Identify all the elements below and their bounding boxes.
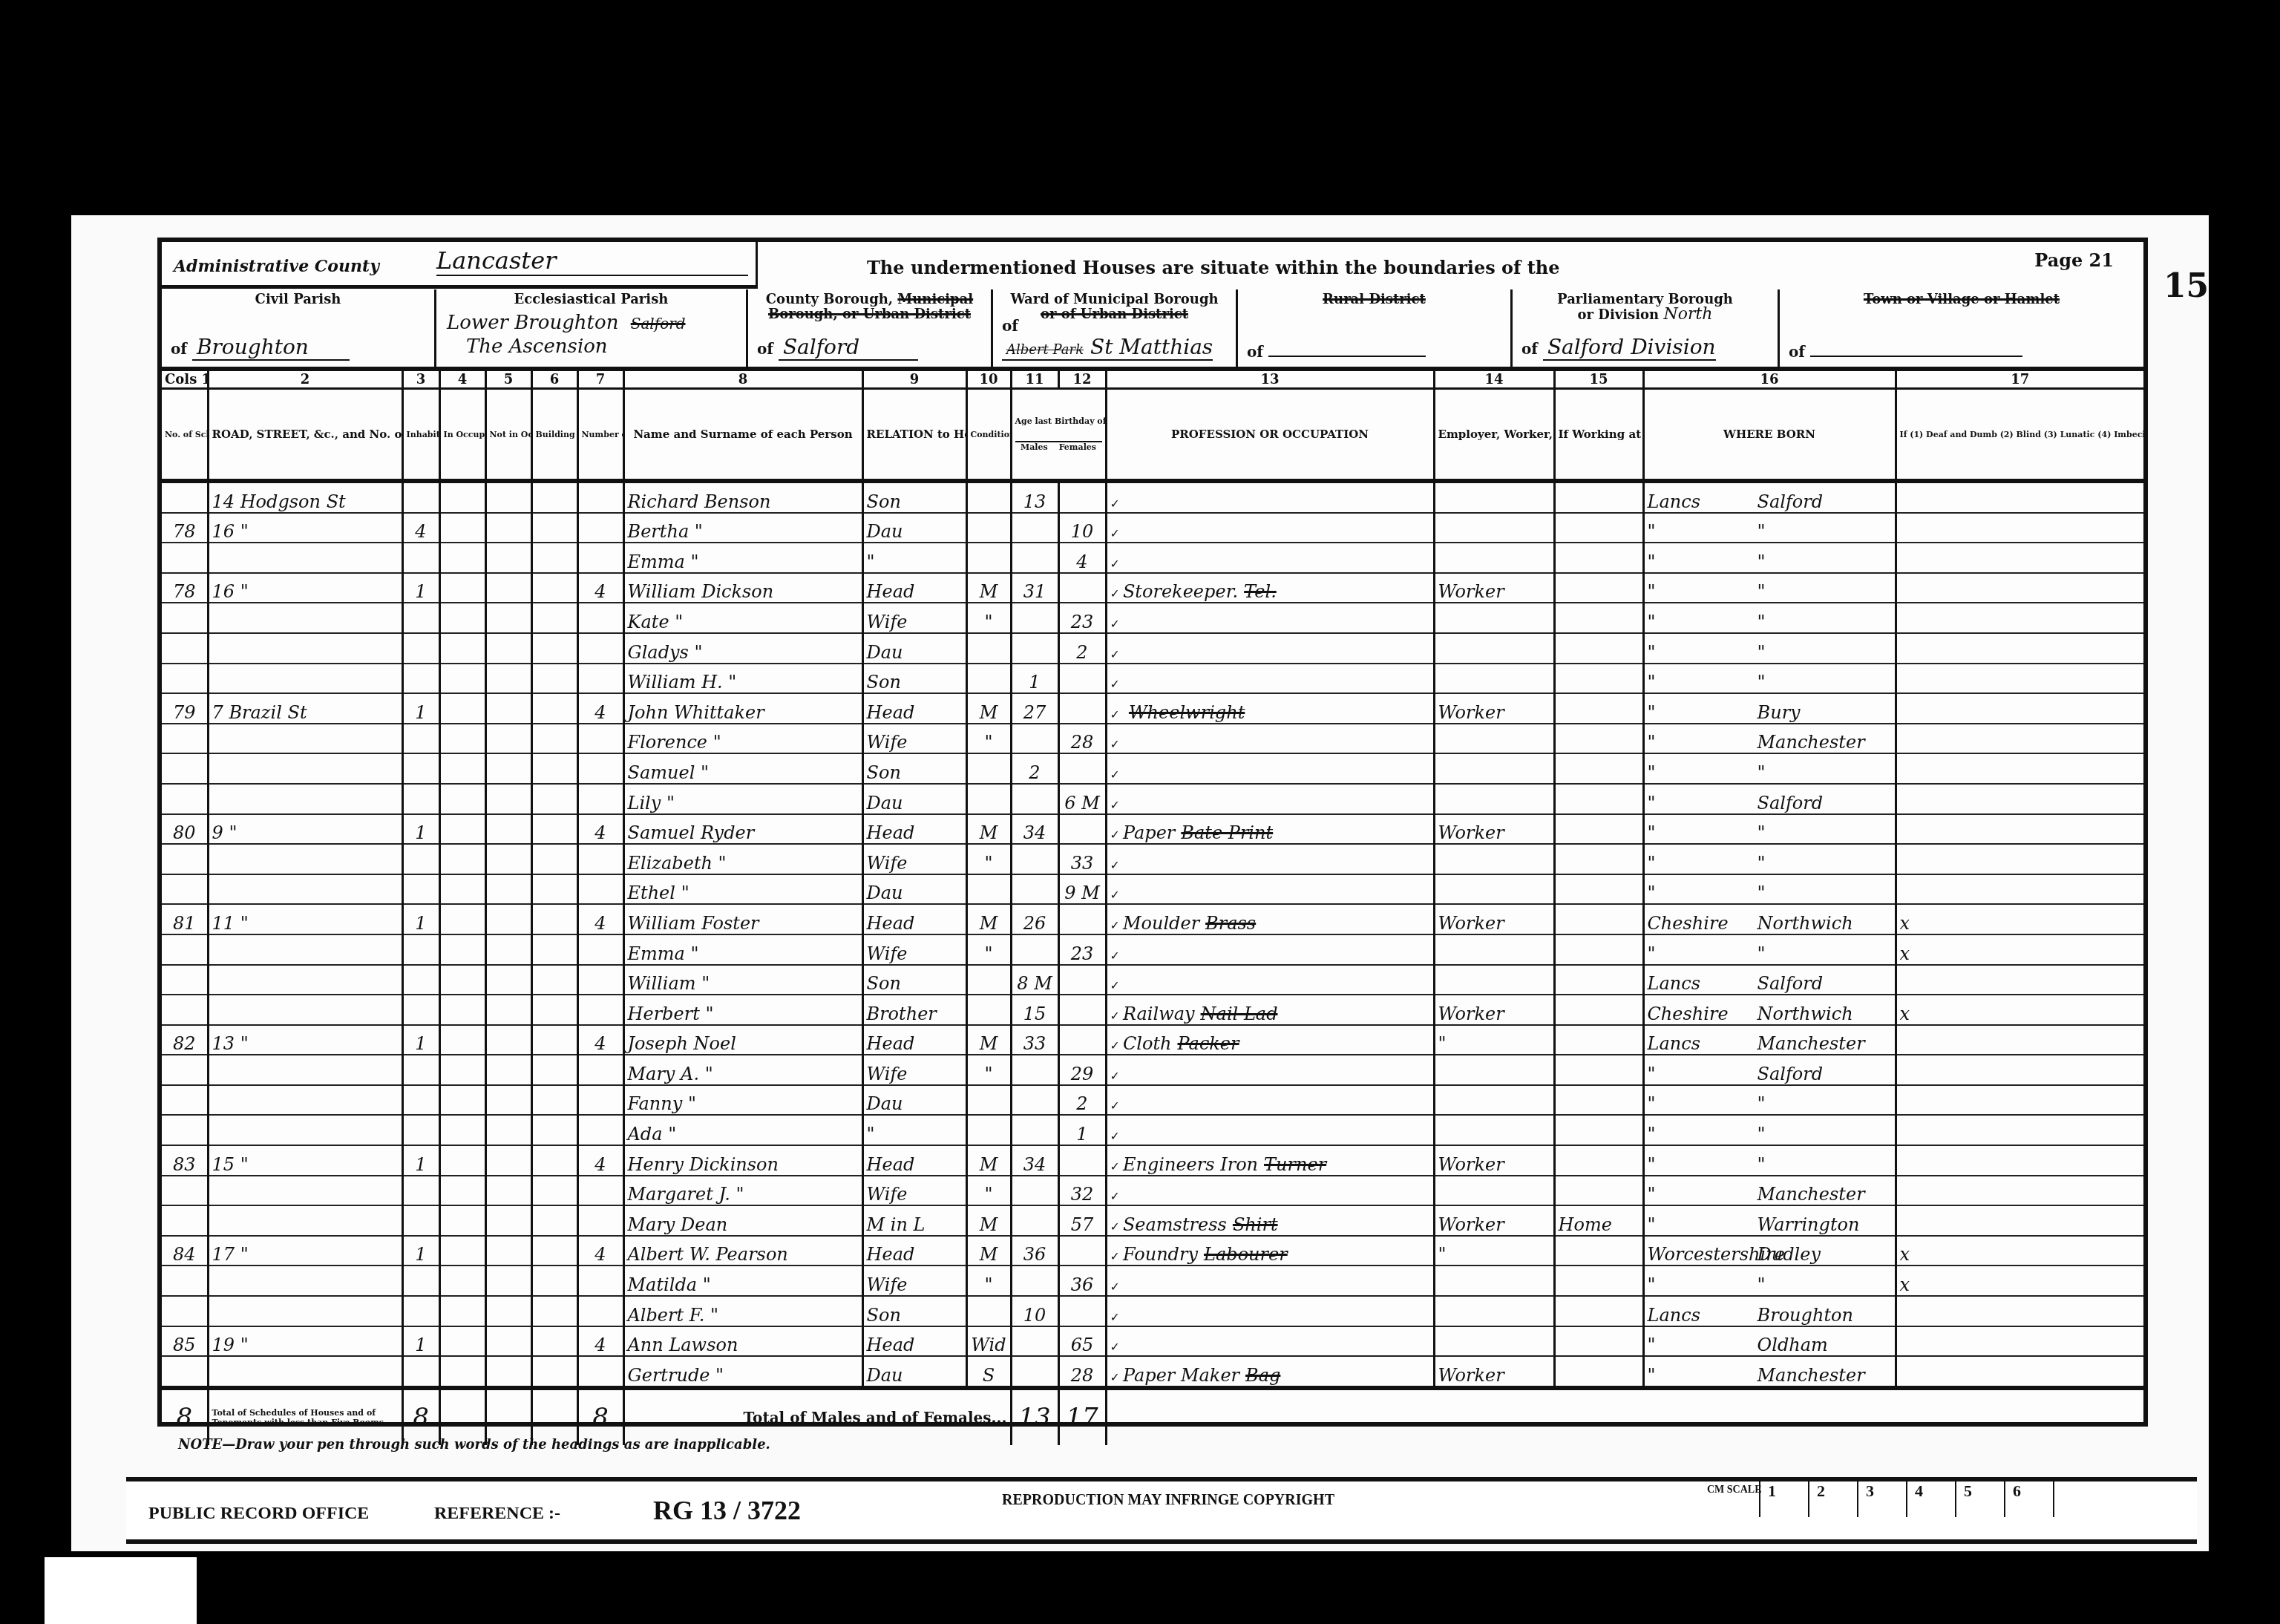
struck-occupation: Bag — [1245, 1365, 1280, 1386]
working-at-home — [1554, 1055, 1643, 1085]
header-inhabited: Inhabited — [402, 389, 439, 482]
rooms-count — [577, 724, 623, 754]
born-county: Lancs — [1648, 973, 1757, 994]
page-number: Page 21 — [2034, 249, 2114, 271]
occupation: ✓ — [1106, 1176, 1434, 1206]
relation: Head — [862, 904, 966, 934]
working-at-home — [1554, 1266, 1643, 1296]
marital-condition: " — [966, 1266, 1011, 1296]
infirmity — [1896, 965, 2143, 995]
person-name: Samuel Ryder — [623, 814, 862, 845]
male-age — [1011, 543, 1058, 573]
marital-condition: " — [966, 934, 1011, 965]
working-at-home — [1554, 724, 1643, 754]
rooms-count — [577, 481, 623, 513]
where-born: "" — [1643, 753, 1896, 784]
infirmity — [1896, 1296, 2143, 1326]
struck-occupation: Labourer — [1204, 1244, 1288, 1265]
inhabited-count: 1 — [402, 573, 439, 603]
where-born: "Manchester — [1643, 1176, 1896, 1206]
female-age — [1058, 1025, 1106, 1055]
inhabited-count — [402, 784, 439, 814]
schedule-number — [162, 965, 208, 995]
struck-occupation: Shirt — [1233, 1214, 1278, 1235]
occupation: ✓ — [1106, 603, 1434, 633]
born-place: Manchester — [1757, 1184, 1865, 1205]
relation: Son — [862, 664, 966, 694]
infirmity: x — [1896, 995, 2143, 1025]
rooms-count — [577, 934, 623, 965]
check-mark-icon: ✓ — [1110, 1099, 1120, 1113]
born-county: Cheshire — [1648, 913, 1757, 934]
table-row: 809 "14Samuel RyderHeadM34✓PaperBate Pri… — [162, 814, 2143, 845]
female-age — [1058, 1145, 1106, 1176]
infirmity — [1896, 1205, 2143, 1236]
person-name: William Foster — [623, 904, 862, 934]
schedule-number: 83 — [162, 1145, 208, 1176]
employer-status — [1434, 784, 1554, 814]
check-mark-icon: ✓ — [1110, 677, 1120, 691]
relation: Head — [862, 1326, 966, 1357]
working-at-home — [1554, 995, 1643, 1025]
born-county: " — [1648, 883, 1757, 903]
female-age — [1058, 995, 1106, 1025]
county-borough-value: Salford — [779, 335, 918, 361]
check-mark-icon: ✓ — [1110, 1280, 1120, 1294]
road-address — [208, 784, 402, 814]
person-name: William " — [623, 965, 862, 995]
where-born: "" — [1643, 1145, 1896, 1176]
infirmity — [1896, 1326, 2143, 1357]
infirmity — [1896, 784, 2143, 814]
road-address: 16 " — [208, 573, 402, 603]
born-county: " — [1648, 1124, 1757, 1145]
schedule-number — [162, 1356, 208, 1388]
person-name: Emma " — [623, 543, 862, 573]
born-place: Manchester — [1757, 1033, 1865, 1054]
rooms-count — [577, 844, 623, 874]
born-place: " — [1757, 672, 1766, 693]
infirmity — [1896, 1145, 2143, 1176]
male-age — [1011, 934, 1058, 965]
census-rows: 14 Hodgson StRichard BensonSon13✓LancsSa… — [162, 481, 2143, 1388]
check-mark-icon: ✓ — [1110, 1159, 1120, 1173]
infirmity — [1896, 1115, 2143, 1145]
born-place: Dudley — [1757, 1244, 1821, 1265]
check-mark-icon: ✓ — [1110, 1249, 1120, 1263]
male-age — [1011, 603, 1058, 633]
person-name: Lily " — [623, 784, 862, 814]
working-at-home — [1554, 1025, 1643, 1055]
born-place: " — [1757, 551, 1766, 572]
inhabited-count — [402, 664, 439, 694]
road-address — [208, 874, 402, 905]
where-born: LancsBroughton — [1643, 1296, 1896, 1326]
schedule-number — [162, 724, 208, 754]
inhabited-count — [402, 724, 439, 754]
female-age — [1058, 753, 1106, 784]
infirmity — [1896, 1176, 2143, 1206]
rooms-count — [577, 1266, 623, 1296]
check-mark-icon: ✓ — [1110, 918, 1120, 932]
infirmity — [1896, 1025, 2143, 1055]
table-row: Mary DeanM in LM57✓SeamstressShirtWorker… — [162, 1205, 2143, 1236]
working-at-home — [1554, 1326, 1643, 1357]
inhabited-count — [402, 995, 439, 1025]
check-mark-icon: ✓ — [1110, 1189, 1120, 1203]
civil-parish-value: Broughton — [192, 335, 350, 361]
road-address — [208, 1356, 402, 1388]
working-at-home — [1554, 904, 1643, 934]
employer-status: Worker — [1434, 573, 1554, 603]
where-born: LancsManchester — [1643, 1025, 1896, 1055]
table-row: Margaret J. "Wife"32✓"Manchester — [162, 1176, 2143, 1206]
where-born: "" — [1643, 543, 1896, 573]
born-place: " — [1757, 1154, 1766, 1175]
rural-district: Rural District of — [1238, 289, 1513, 367]
born-county: " — [1648, 822, 1757, 843]
where-born: "" — [1643, 633, 1896, 664]
female-age: 36 — [1058, 1266, 1106, 1296]
born-place: " — [1757, 853, 1766, 874]
table-row: 8417 "14Albert W. PearsonHeadM36✓Foundry… — [162, 1236, 2143, 1266]
marital-condition: " — [966, 724, 1011, 754]
born-county: " — [1648, 1274, 1757, 1295]
marital-condition — [966, 995, 1011, 1025]
born-county: Cheshire — [1648, 1003, 1757, 1024]
rooms-count — [577, 753, 623, 784]
table-row: Gertrude "DauS28✓Paper MakerBagWorker"Ma… — [162, 1356, 2143, 1388]
marital-condition: M — [966, 573, 1011, 603]
born-county: Lancs — [1648, 491, 1757, 512]
census-table: Cols 1 2 3 4 5 6 7 8 9 10 11 12 13 14 15… — [162, 371, 2143, 1445]
female-age: 2 — [1058, 1085, 1106, 1116]
female-age: 2 — [1058, 633, 1106, 664]
infirmity: x — [1896, 934, 2143, 965]
male-age — [1011, 1326, 1058, 1357]
check-mark-icon: ✓ — [1110, 949, 1120, 963]
inhabited-count — [402, 1356, 439, 1388]
where-born: "Salford — [1643, 784, 1896, 814]
marital-condition: " — [966, 1055, 1011, 1085]
road-address: 16 " — [208, 513, 402, 543]
born-place: Northwich — [1757, 1003, 1853, 1024]
employer-status — [1434, 1326, 1554, 1357]
inhabited-count — [402, 965, 439, 995]
marital-condition: M — [966, 814, 1011, 845]
struck-occupation: Packer — [1178, 1033, 1239, 1054]
occupation: ✓ — [1106, 543, 1434, 573]
inhabited-count — [402, 753, 439, 784]
occupation: ✓ — [1106, 784, 1434, 814]
marital-condition — [966, 965, 1011, 995]
where-born: LancsSalford — [1643, 965, 1896, 995]
infirmity — [1896, 1055, 2143, 1085]
born-place: " — [1757, 883, 1766, 903]
working-at-home — [1554, 965, 1643, 995]
check-mark-icon: ✓ — [1110, 1038, 1120, 1052]
relation: Dau — [862, 513, 966, 543]
header-building: Building — [531, 389, 577, 482]
struck-occupation: Tel. — [1244, 581, 1277, 602]
schedule-number — [162, 934, 208, 965]
male-age: 33 — [1011, 1025, 1058, 1055]
header-name: Name and Surname of each Person — [623, 389, 862, 482]
inhabited-count — [402, 1115, 439, 1145]
road-address — [208, 844, 402, 874]
female-age: 1 — [1058, 1115, 1106, 1145]
check-mark-icon: ✓ — [1110, 858, 1120, 872]
sheet-number: 15 — [2163, 267, 2209, 305]
female-age — [1058, 573, 1106, 603]
person-name: Henry Dickinson — [623, 1145, 862, 1176]
male-age: 10 — [1011, 1296, 1058, 1326]
inhabited-count — [402, 603, 439, 633]
occupation: ✓ — [1106, 753, 1434, 784]
schedule-number — [162, 844, 208, 874]
marital-condition — [966, 784, 1011, 814]
road-address — [208, 724, 402, 754]
relation: " — [862, 1115, 966, 1145]
marital-condition — [966, 543, 1011, 573]
working-at-home — [1554, 934, 1643, 965]
occupation: ✓ — [1106, 965, 1434, 995]
born-place: Manchester — [1757, 732, 1865, 753]
person-name: Ann Lawson — [623, 1326, 862, 1357]
relation: Son — [862, 753, 966, 784]
marital-condition — [966, 513, 1011, 543]
header-schedule: No. of Schedule — [162, 389, 208, 482]
where-born: "Bury — [1643, 693, 1896, 724]
employer-status — [1434, 513, 1554, 543]
inhabited-count — [402, 481, 439, 513]
marital-condition: Wid — [966, 1326, 1011, 1357]
inhabited-count: 4 — [402, 513, 439, 543]
male-age: 34 — [1011, 1145, 1058, 1176]
inhabited-count — [402, 844, 439, 874]
male-age: 26 — [1011, 904, 1058, 934]
person-name: Gladys " — [623, 633, 862, 664]
born-place: " — [1757, 612, 1766, 632]
header-where-born: WHERE BORN — [1643, 389, 1896, 482]
person-name: Matilda " — [623, 1266, 862, 1296]
inhabited-count: 1 — [402, 904, 439, 934]
where-born: CheshireNorthwich — [1643, 904, 1896, 934]
check-mark-icon: ✓ — [1110, 1310, 1120, 1324]
inhabited-count — [402, 1176, 439, 1206]
infirmity: x — [1896, 1266, 2143, 1296]
male-age — [1011, 1176, 1058, 1206]
rooms-count: 4 — [577, 1145, 623, 1176]
born-county: " — [1648, 581, 1757, 602]
working-at-home — [1554, 753, 1643, 784]
table-row: Elizabeth "Wife"33✓"" — [162, 844, 2143, 874]
person-name: Fanny " — [623, 1085, 862, 1116]
table-row: Albert F. "Son10✓LancsBroughton — [162, 1296, 2143, 1326]
born-county: " — [1648, 762, 1757, 783]
born-county: " — [1648, 702, 1757, 723]
marital-condition — [966, 481, 1011, 513]
employer-status — [1434, 934, 1554, 965]
born-place: Bury — [1757, 702, 1801, 723]
reference-value: RG 13 / 3722 — [653, 1495, 801, 1526]
road-address — [208, 995, 402, 1025]
administrative-county-label: Administrative County — [174, 257, 379, 276]
rooms-count: 4 — [577, 1025, 623, 1055]
relation: Head — [862, 814, 966, 845]
employer-status — [1434, 633, 1554, 664]
road-address: 15 " — [208, 1145, 402, 1176]
employer-status: Worker — [1434, 1205, 1554, 1236]
where-born: "" — [1643, 814, 1896, 845]
male-age — [1011, 1055, 1058, 1085]
header-employer: Employer, Worker, or Own account — [1434, 389, 1554, 482]
infirmity — [1896, 753, 2143, 784]
check-mark-icon: ✓ — [1110, 978, 1120, 992]
rooms-count: 4 — [577, 1326, 623, 1357]
marital-condition — [966, 753, 1011, 784]
born-place: " — [1757, 822, 1766, 843]
relation: Dau — [862, 784, 966, 814]
road-address — [208, 1205, 402, 1236]
relation: Wife — [862, 1176, 966, 1206]
employer-status — [1434, 1085, 1554, 1116]
relation: Brother — [862, 995, 966, 1025]
inhabited-count: 1 — [402, 1145, 439, 1176]
relation: Wife — [862, 1266, 966, 1296]
column-numbers: Cols 1 2 3 4 5 6 7 8 9 10 11 12 13 14 15… — [162, 371, 2143, 389]
person-name: Albert W. Pearson — [623, 1236, 862, 1266]
rooms-count — [577, 1115, 623, 1145]
rooms-count — [577, 603, 623, 633]
born-county: " — [1648, 642, 1757, 663]
infirmity — [1896, 603, 2143, 633]
female-age: 29 — [1058, 1055, 1106, 1085]
born-place: Oldham — [1757, 1335, 1828, 1355]
marital-condition: " — [966, 1176, 1011, 1206]
relation: Head — [862, 693, 966, 724]
check-mark-icon: ✓ — [1110, 888, 1120, 902]
where-born: "Manchester — [1643, 1356, 1896, 1388]
born-place: " — [1757, 1093, 1766, 1114]
marital-condition: " — [966, 844, 1011, 874]
road-address — [208, 633, 402, 664]
where-born: WorcestershireDudley — [1643, 1236, 1896, 1266]
working-at-home — [1554, 814, 1643, 845]
female-age: 23 — [1058, 934, 1106, 965]
road-address — [208, 934, 402, 965]
schedule-number — [162, 874, 208, 905]
rooms-count — [577, 1296, 623, 1326]
female-age: 6 M — [1058, 784, 1106, 814]
born-place: " — [1757, 581, 1766, 602]
road-address — [208, 753, 402, 784]
road-address — [208, 1115, 402, 1145]
table-row: Kate "Wife"23✓"" — [162, 603, 2143, 633]
check-mark-icon: ✓ — [1110, 586, 1120, 600]
infirmity: x — [1896, 1236, 2143, 1266]
born-county: " — [1648, 1064, 1757, 1084]
male-age — [1011, 1205, 1058, 1236]
occupation: ✓ — [1106, 1326, 1434, 1357]
administrative-county-value: Lancaster — [436, 246, 748, 276]
working-at-home — [1554, 874, 1643, 905]
area-boundaries: Civil Parish of Broughton Ecclesiastical… — [162, 289, 2143, 371]
employer-status — [1434, 844, 1554, 874]
relation: Head — [862, 1145, 966, 1176]
infirmity — [1896, 573, 2143, 603]
born-county: " — [1648, 853, 1757, 874]
header-rooms: Number of Rooms occupied if less than fi… — [577, 389, 623, 482]
marital-condition — [966, 1085, 1011, 1116]
working-at-home — [1554, 693, 1643, 724]
town-village-hamlet: Town or Village or Hamlet of — [1780, 289, 2143, 367]
rooms-count: 4 — [577, 904, 623, 934]
infirmity — [1896, 844, 2143, 874]
header-occupation: PROFESSION OR OCCUPATION — [1106, 389, 1434, 482]
inhabited-count — [402, 543, 439, 573]
person-name: John Whittaker — [623, 693, 862, 724]
occupation: ✓ — [1106, 934, 1434, 965]
person-name: Mary Dean — [623, 1205, 862, 1236]
infirmity — [1896, 693, 2143, 724]
where-born: "" — [1643, 573, 1896, 603]
person-name: Mary A. " — [623, 1055, 862, 1085]
schedule-number — [162, 1115, 208, 1145]
marital-condition: M — [966, 1205, 1011, 1236]
schedule-number: 85 — [162, 1326, 208, 1357]
cm-scale-label: CM SCALE — [1707, 1484, 1762, 1496]
check-mark-icon: ✓ — [1110, 557, 1120, 571]
schedule-number — [162, 603, 208, 633]
schedule-number — [162, 543, 208, 573]
occupation: ✓ — [1106, 1055, 1434, 1085]
born-county: " — [1648, 1335, 1757, 1355]
employer-status — [1434, 753, 1554, 784]
inhabited-count — [402, 1296, 439, 1326]
check-mark-icon: ✓ — [1110, 1340, 1120, 1354]
schedule-number: 82 — [162, 1025, 208, 1055]
where-born: "" — [1643, 934, 1896, 965]
male-age — [1011, 724, 1058, 754]
column-headers: No. of Schedule ROAD, STREET, &c., and N… — [162, 389, 2143, 482]
road-address — [208, 664, 402, 694]
road-address: 14 Hodgson St — [208, 481, 402, 513]
occupation: ✓PaperBate Print — [1106, 814, 1434, 845]
header-in-occupation: In Occupation — [439, 389, 485, 482]
check-mark-icon: ✓ — [1110, 707, 1120, 721]
administrative-county: Administrative County Lancaster — [162, 242, 758, 289]
check-mark-icon: ✓ — [1110, 1219, 1120, 1234]
female-age: 9 M — [1058, 874, 1106, 905]
where-born: "" — [1643, 844, 1896, 874]
schedule-number — [162, 784, 208, 814]
marital-condition: M — [966, 1236, 1011, 1266]
struck-occupation: Nail Lad — [1201, 1003, 1278, 1024]
born-place: Northwich — [1757, 913, 1853, 934]
struck-occupation: Brass — [1205, 913, 1256, 934]
male-age — [1011, 1356, 1058, 1388]
occupation: ✓MoulderBrass — [1106, 904, 1434, 934]
inhabited-count — [402, 1266, 439, 1296]
relation: Dau — [862, 633, 966, 664]
working-at-home — [1554, 633, 1643, 664]
male-age — [1011, 874, 1058, 905]
schedule-number: 81 — [162, 904, 208, 934]
civil-parish: Civil Parish of Broughton — [162, 289, 436, 367]
occupation: ✓ — [1106, 844, 1434, 874]
marital-condition — [966, 1115, 1011, 1145]
